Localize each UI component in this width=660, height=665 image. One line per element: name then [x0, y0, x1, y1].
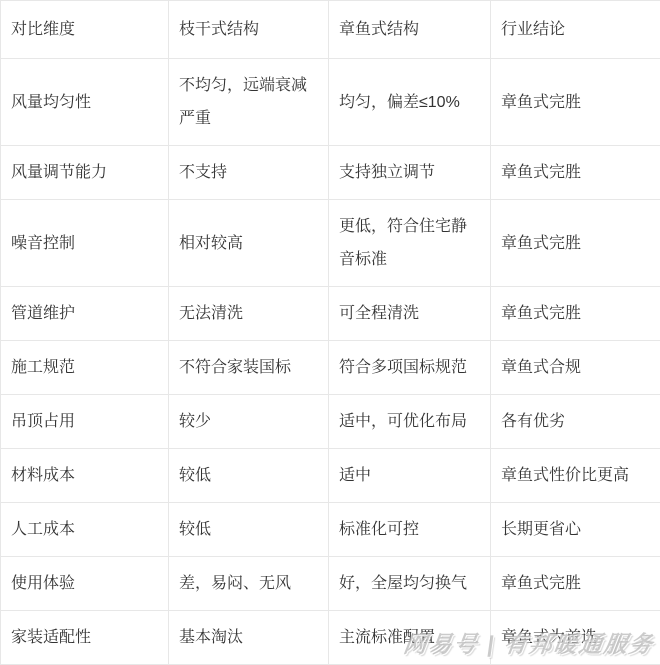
table-cell: 更低，符合住宅静音标准 — [329, 200, 491, 287]
table-cell: 人工成本 — [1, 503, 169, 557]
table-cell: 章鱼式完胜 — [491, 287, 660, 341]
table-cell: 章鱼式合规 — [491, 341, 660, 395]
table-cell: 差，易闷、无风 — [169, 557, 329, 611]
table-cell: 较低 — [169, 503, 329, 557]
table-row: 风量均匀性不均匀，远端衰减严重均匀，偏差≤10%章鱼式完胜 — [1, 59, 660, 146]
table-cell: 符合多项国标规范 — [329, 341, 491, 395]
header-cell-octopus-structure: 章鱼式结构 — [329, 1, 491, 59]
table-body: 风量均匀性不均匀，远端衰减严重均匀，偏差≤10%章鱼式完胜风量调节能力不支持支持… — [1, 59, 660, 665]
table-cell: 好，全屋均匀换气 — [329, 557, 491, 611]
table-cell: 较少 — [169, 395, 329, 449]
table-cell: 各有优劣 — [491, 395, 660, 449]
table-cell: 长期更省心 — [491, 503, 660, 557]
table-cell: 不支持 — [169, 146, 329, 200]
table-cell: 材料成本 — [1, 449, 169, 503]
table-cell: 噪音控制 — [1, 200, 169, 287]
comparison-table-figure: 对比维度 枝干式结构 章鱼式结构 行业结论 风量均匀性不均匀，远端衰减严重均匀，… — [0, 0, 660, 665]
table-cell: 支持独立调节 — [329, 146, 491, 200]
table-row: 材料成本较低适中章鱼式性价比更高 — [1, 449, 660, 503]
header-cell-branch-structure: 枝干式结构 — [169, 1, 329, 59]
table-row: 风量调节能力不支持支持独立调节章鱼式完胜 — [1, 146, 660, 200]
table-cell: 不均匀，远端衰减严重 — [169, 59, 329, 146]
table-cell: 较低 — [169, 449, 329, 503]
table-row: 管道维护无法清洗可全程清洗章鱼式完胜 — [1, 287, 660, 341]
table-cell: 管道维护 — [1, 287, 169, 341]
table-cell: 章鱼式完胜 — [491, 557, 660, 611]
table-cell: 章鱼式完胜 — [491, 146, 660, 200]
table-cell: 章鱼式性价比更高 — [491, 449, 660, 503]
table-cell: 吊顶占用 — [1, 395, 169, 449]
table-cell: 无法清洗 — [169, 287, 329, 341]
table-cell: 适中 — [329, 449, 491, 503]
table-cell: 主流标准配置 — [329, 611, 491, 665]
table-row: 人工成本较低标准化可控长期更省心 — [1, 503, 660, 557]
table-cell: 标准化可控 — [329, 503, 491, 557]
table-cell: 均匀，偏差≤10% — [329, 59, 491, 146]
header-cell-industry-conclusion: 行业结论 — [491, 1, 660, 59]
table-cell: 使用体验 — [1, 557, 169, 611]
table-cell: 风量调节能力 — [1, 146, 169, 200]
table-row: 施工规范不符合家装国标符合多项国标规范章鱼式合规 — [1, 341, 660, 395]
table-cell: 章鱼式为首选 — [491, 611, 660, 665]
table-row: 使用体验差，易闷、无风好，全屋均匀换气章鱼式完胜 — [1, 557, 660, 611]
table-cell: 适中，可优化布局 — [329, 395, 491, 449]
table-row: 吊顶占用较少适中，可优化布局各有优劣 — [1, 395, 660, 449]
comparison-table: 对比维度 枝干式结构 章鱼式结构 行业结论 风量均匀性不均匀，远端衰减严重均匀，… — [0, 0, 660, 665]
table-cell: 不符合家装国标 — [169, 341, 329, 395]
table-cell: 家装适配性 — [1, 611, 169, 665]
table-cell: 基本淘汰 — [169, 611, 329, 665]
table-cell: 施工规范 — [1, 341, 169, 395]
table-cell: 可全程清洗 — [329, 287, 491, 341]
table-row: 家装适配性基本淘汰主流标准配置章鱼式为首选 — [1, 611, 660, 665]
table-cell: 章鱼式完胜 — [491, 59, 660, 146]
header-cell-dimension: 对比维度 — [1, 1, 169, 59]
table-header-row: 对比维度 枝干式结构 章鱼式结构 行业结论 — [1, 1, 660, 59]
table-cell: 风量均匀性 — [1, 59, 169, 146]
table-header: 对比维度 枝干式结构 章鱼式结构 行业结论 — [1, 1, 660, 59]
table-cell: 章鱼式完胜 — [491, 200, 660, 287]
table-cell: 相对较高 — [169, 200, 329, 287]
table-row: 噪音控制相对较高更低，符合住宅静音标准章鱼式完胜 — [1, 200, 660, 287]
